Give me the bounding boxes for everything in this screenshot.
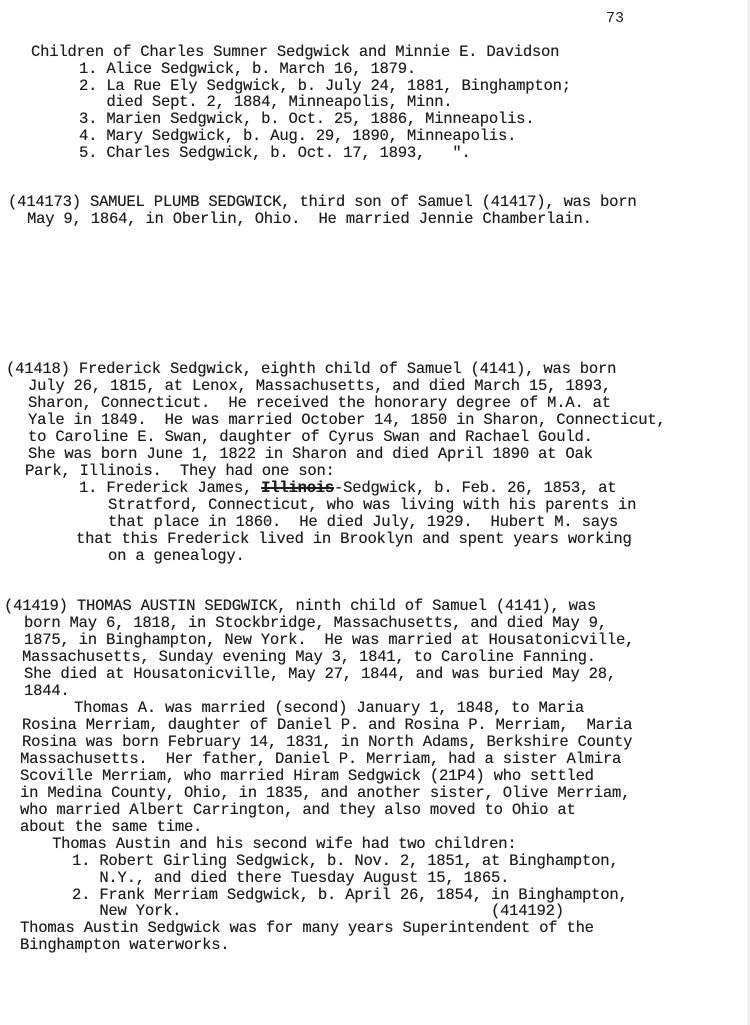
section-heading: Children of Charles Sumner Sedgwick and … [31,44,559,61]
entry-line: 1875, in Binghampton, New York. He was m… [24,632,634,649]
entry-line: about the same time. [20,819,202,836]
list-item: died Sept. 2, 1884, Minneapolis, Minn. [79,94,452,111]
entry-line: Binghampton waterworks. [20,937,229,954]
entry-line: She died at Housatonicville, May 27, 184… [24,666,616,683]
entry-line: (414173) SAMUEL PLUMB SEDGWICK, third so… [8,194,636,211]
list-item: 3. Marien Sedgwick, b. Oct. 25, 1886, Mi… [79,111,534,128]
entry-line: Sharon, Connecticut. He received the hon… [28,395,611,412]
entry-line: She was born June 1, 1822 in Sharon and … [28,446,593,463]
entry-line: May 9, 1864, in Oberlin, Ohio. He marrie… [27,211,592,228]
entry-line: Thomas Austin Sedgwick was for many year… [20,920,594,937]
entry-line: Park, Illinois. They had one son: [25,463,335,480]
list-item: New York. (414192) [72,903,564,920]
child-entry-pre: 1. Frederick James, [79,479,261,497]
list-item: 5. Charles Sedgwick, b. Oct. 17, 1893, "… [79,145,471,162]
entry-line: 1844. [24,683,70,700]
entry-line: July 26, 1815, at Lenox, Massachusetts, … [28,378,611,395]
entry-line: Rosina was born February 14, 1831, in No… [22,734,632,751]
entry-line: Scoville Merriam, who married Hiram Sedg… [20,768,594,785]
child-entry-line: on a genealogy. [108,548,245,565]
entry-line: born May 6, 1818, in Stockbridge, Massac… [24,615,607,632]
child-entry-post: -Sedgwick, b. Feb. 26, 1853, at [334,479,616,497]
entry-line: to Caroline E. Swan, daughter of Cyrus S… [28,429,593,446]
child-entry-line: that place in 1860. He died July, 1929. … [108,514,618,531]
entry-line: (41419) THOMAS AUSTIN SEDGWICK, ninth ch… [4,598,596,615]
entry-line: Thomas A. was married (second) January 1… [74,700,584,717]
child-entry-first-line: 1. Frederick James, Illinois-Sedgwick, b… [79,480,616,497]
entry-line: who married Albert Carrington, and they … [20,802,576,819]
entry-line: (41418) Frederick Sedgwick, eighth child… [6,361,616,378]
list-item: N.Y., and died there Tuesday August 15, … [72,870,509,887]
entry-line: Rosina Merriam, daughter of Daniel P. an… [22,717,632,734]
entry-line: Massachusetts. Her father, Daniel P. Mer… [20,751,621,768]
entry-line: Massachusetts, Sunday evening May 3, 184… [22,649,596,666]
document-page: 73 Children of Charles Sumner Sedgwick a… [0,0,750,1025]
entry-line: in Medina County, Ohio, in 1835, and ano… [20,785,630,802]
child-entry-line: Stratford, Connecticut, who was living w… [108,497,636,514]
list-item: 4. Mary Sedgwick, b. Aug. 29, 1890, Minn… [79,128,516,145]
child-entry-line: that this Frederick lived in Brooklyn an… [76,531,632,548]
page-number: 73 [606,10,624,27]
struck-text: Illinois [261,479,334,497]
list-item: 1. Alice Sedgwick, b. March 16, 1879. [79,61,416,78]
entry-line: Thomas Austin and his second wife had tw… [52,836,517,853]
entry-line: Yale in 1849. He was married October 14,… [28,412,666,429]
list-item: 1. Robert Girling Sedgwick, b. Nov. 2, 1… [72,853,618,870]
